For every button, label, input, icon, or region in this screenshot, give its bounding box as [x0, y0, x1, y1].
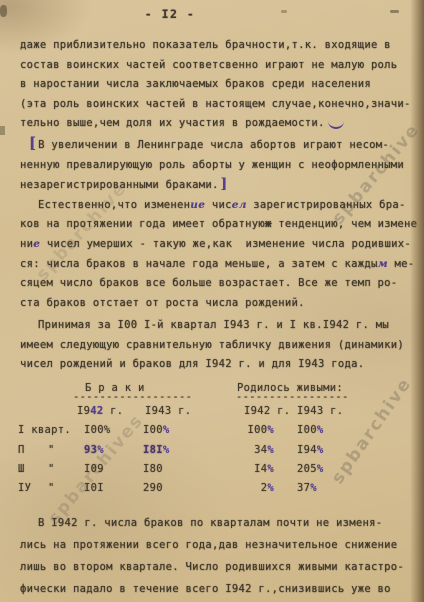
table-cell: 37%: [297, 482, 317, 494]
text-line: тельно выше,чем доля их участия в рождае…: [20, 114, 416, 134]
year-column-header: I943 г.: [297, 405, 343, 417]
scan-speck: [0, 126, 5, 135]
handwritten-overwrite: 42: [90, 405, 103, 417]
paragraph-intro-table: Принимая за I00 I-й квартал I943 г. и I …: [20, 316, 416, 375]
text-line: фически падало в течение всего I942 г.,с…: [20, 578, 416, 600]
text-line: лишь во втором квартале. Число родившихс…: [20, 556, 416, 578]
text-line: ся: числа браков в начале года меньше, а…: [20, 255, 416, 275]
table-cell: 205%: [297, 463, 324, 475]
scan-speck: [281, 10, 287, 13]
table-cell: 290: [143, 482, 163, 494]
text-line: ста браков отстает от роста числа рожден…: [20, 294, 416, 314]
handwritten-correction: ел: [232, 199, 247, 211]
text-line: ние чисел умерших - такую же,как изменен…: [20, 235, 416, 255]
table-cell: I00%: [230, 424, 274, 436]
text-line: [В увеличении в Ленинграде числа абортов…: [20, 134, 416, 156]
ditto-mark: ": [48, 482, 55, 494]
row-label: I кварт.: [18, 424, 71, 436]
table-cell: I94%: [297, 444, 324, 456]
table-cell: I0I: [84, 482, 104, 494]
text-line: чисел рождений и браков для I942 г. и дл…: [20, 355, 416, 375]
text-line: Естественно,что изменение чисел зарегист…: [20, 196, 416, 216]
year-column-header: I942 г.: [244, 405, 290, 417]
scanned-document-page: spbarchive spbarchive spbarchives spbarc…: [0, 0, 424, 602]
table-cell: 2%: [230, 482, 274, 494]
table-cell: I4%: [230, 463, 274, 475]
row-label: Ш: [18, 463, 25, 475]
ditto-mark: ": [48, 444, 55, 456]
row-label: П: [18, 444, 25, 456]
text-line: лись на протяжении всего года,дав незнач…: [20, 534, 416, 556]
table-cell: 93%: [84, 444, 104, 456]
handwritten-correction: м: [378, 258, 388, 270]
table-cell: I00%: [84, 424, 111, 436]
table-cell: I8I%: [143, 444, 170, 456]
paragraphs-top: даже приблизительно показатель брачности…: [20, 36, 416, 313]
page-number: - I2 -: [70, 7, 270, 21]
table-cell: 34%: [230, 444, 274, 456]
year-column-header: I942 г.: [77, 405, 123, 417]
ditto-mark: ": [48, 463, 55, 475]
table-underline: -----------------: [236, 391, 349, 403]
table-cell: I00%: [143, 424, 170, 436]
paragraph-bottom: В I942 г. числа браков по кварталам почт…: [20, 512, 416, 600]
struck-character: ж: [265, 218, 272, 230]
table-cell: I00%: [297, 424, 324, 436]
table-cell: I80: [143, 463, 163, 475]
text-line: ков на протяжении года имеет обратнуюж т…: [20, 215, 416, 235]
handwritten-bracket-close: ]: [221, 176, 228, 192]
table-underline: ------------------: [73, 391, 192, 403]
text-line: имеем следующую сравнительную табличку д…: [20, 336, 416, 356]
text-line: сяцем число браков все больше возрастает…: [20, 274, 416, 294]
text-line: в наростании числа заключаемых браков ср…: [20, 75, 416, 95]
table-cell: I09: [84, 463, 104, 475]
handwritten-mark: [328, 118, 344, 129]
text-line: состав воинских частей соответсвенно игр…: [20, 56, 416, 76]
handwritten-bracket-open: [: [29, 134, 36, 152]
text-line: В I942 г. числа браков по кварталам почт…: [20, 512, 416, 534]
text-line: Принимая за I00 I-й квартал I943 г. и I …: [20, 316, 416, 336]
scan-speck: [390, 10, 399, 13]
text-line: ненную превалирующую роль аборты у женщи…: [20, 156, 416, 176]
statistics-table: Б р а к и Родилось живыми: -------------…: [0, 380, 424, 510]
scan-edge-shadow: [410, 0, 424, 602]
scan-speck: [0, 5, 7, 17]
row-label: IУ: [18, 482, 31, 494]
handwritten-correction: ие: [190, 199, 205, 211]
text-line: незарегистрированными браками.]: [20, 175, 416, 196]
year-column-header: I943 г.: [145, 405, 191, 417]
text-line: (эта роль воинских частей в настоящем сл…: [20, 95, 416, 115]
text-line: даже приблизительно показатель брачности…: [20, 36, 416, 56]
